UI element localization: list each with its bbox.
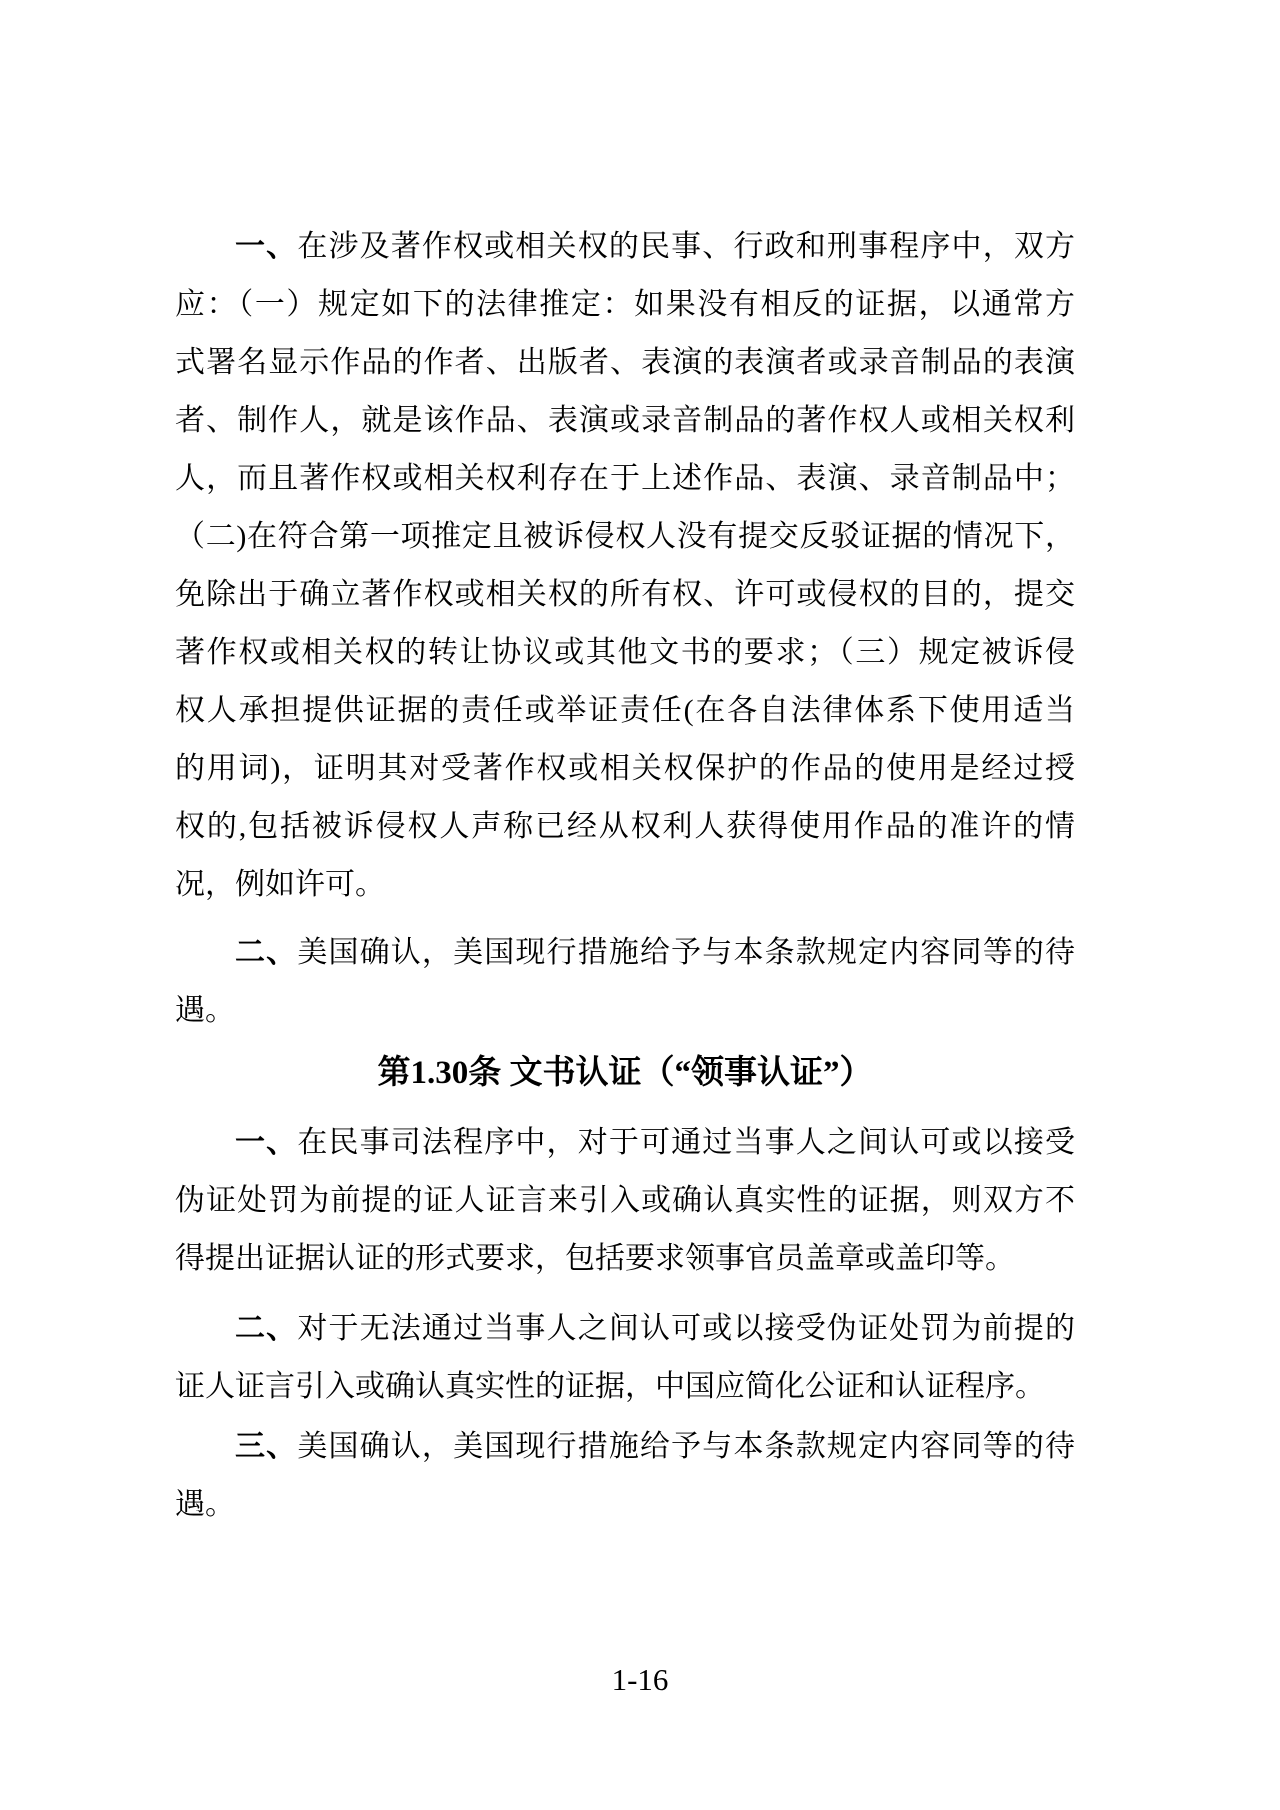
paragraph-2: 二、美国确认，美国现行措施给予与本条款规定内容同等的待 遇。 [175,924,1075,1040]
text-line: 伪证处罚为前提的证人证言来引入或确认真实性的证据，则双方不 [175,1172,1075,1230]
text-line: 应：（一）规定如下的法律推定：如果没有相反的证据，以通常方 [175,276,1075,334]
text-line: （二)在符合第一项推定且被诉侵权人没有提交反驳证据的情况下， [175,508,1075,566]
text-line: 一、在民事司法程序中，对于可通过当事人之间认可或以接受 [175,1114,1075,1172]
list-number: 一、 [235,230,297,263]
list-number: 二、 [235,936,297,969]
text-run: 在涉及著作权或相关权的民事、行政和刑事程序中，双方 [297,230,1075,263]
text-line: 得提出证据认证的形式要求，包括要求领事官员盖章或盖印等。 [175,1230,1075,1288]
text-line: 三、美国确认，美国现行措施给予与本条款规定内容同等的待 [175,1418,1075,1476]
text-line: 遇。 [175,982,1075,1040]
page-number: 1-16 [0,1660,1280,1700]
text-line: 权人承担提供证据的责任或举证责任(在各自法律体系下使用适当 [175,682,1075,740]
document-body: 一、在涉及著作权或相关权的民事、行政和刑事程序中，双方 应：（一）规定如下的法律… [175,218,1075,1534]
text-line: 一、在涉及著作权或相关权的民事、行政和刑事程序中，双方 [175,218,1075,276]
text-line: 二、对于无法通过当事人之间认可或以接受伪证处罚为前提的 [175,1300,1075,1358]
text-run: 美国确认，美国现行措施给予与本条款规定内容同等的待 [297,1430,1075,1463]
text-run: 美国确认，美国现行措施给予与本条款规定内容同等的待 [297,936,1075,969]
text-line: 证人证言引入或确认真实性的证据，中国应简化公证和认证程序。 [175,1358,1075,1416]
text-run: 在民事司法程序中，对于可通过当事人之间认可或以接受 [297,1126,1075,1159]
paragraph-3: 一、在民事司法程序中，对于可通过当事人之间认可或以接受 伪证处罚为前提的证人证言… [175,1114,1075,1288]
text-run: 对于无法通过当事人之间认可或以接受伪证处罚为前提的 [297,1312,1075,1345]
text-line: 免除出于确立著作权或相关权的所有权、许可或侵权的目的，提交 [175,566,1075,624]
document-page: 一、在涉及著作权或相关权的民事、行政和刑事程序中，双方 应：（一）规定如下的法律… [0,0,1280,1810]
text-line: 式署名显示作品的作者、出版者、表演的表演者或录音制品的表演 [175,334,1075,392]
text-line: 人，而且著作权或相关权利存在于上述作品、表演、录音制品中； [175,450,1075,508]
text-line: 遇。 [175,1476,1075,1534]
paragraph-5: 三、美国确认，美国现行措施给予与本条款规定内容同等的待 遇。 [175,1418,1075,1534]
text-line: 著作权或相关权的转让协议或其他文书的要求；（三）规定被诉侵 [175,624,1075,682]
paragraph-4: 二、对于无法通过当事人之间认可或以接受伪证处罚为前提的 证人证言引入或确认真实性… [175,1300,1075,1416]
list-number: 二、 [235,1312,297,1345]
list-number: 一、 [235,1126,297,1159]
text-line: 者、制作人，就是该作品、表演或录音制品的著作权人或相关权利 [175,392,1075,450]
text-line: 权的,包括被诉侵权人声称已经从权利人获得使用作品的准许的情 [175,798,1075,856]
paragraph-1: 一、在涉及著作权或相关权的民事、行政和刑事程序中，双方 应：（一）规定如下的法律… [175,218,1075,914]
text-line: 的用词)，证明其对受著作权或相关权保护的作品的使用是经过授 [175,740,1075,798]
section-heading: 第1.30条 文书认证（“领事认证”） [175,1044,1075,1102]
text-line: 况，例如许可。 [175,856,1075,914]
list-number: 三、 [235,1430,297,1463]
text-line: 二、美国确认，美国现行措施给予与本条款规定内容同等的待 [175,924,1075,982]
